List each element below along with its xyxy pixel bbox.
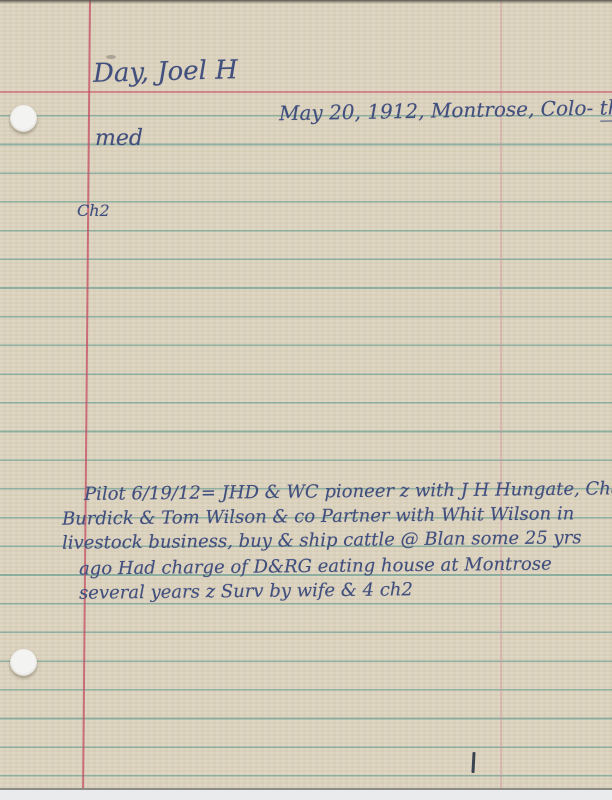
handwritten-note-ch: Ch2 bbox=[77, 201, 110, 220]
scan-edge-top bbox=[0, 0, 612, 4]
handwritten-name: Day, Joel H bbox=[93, 55, 239, 89]
scan-edge-bottom bbox=[0, 788, 612, 800]
hole-punch-bottom bbox=[10, 649, 37, 676]
handwritten-note-med: med bbox=[95, 126, 143, 151]
paragraph-line: several years z Surv by wife & 4 ch2 bbox=[79, 579, 413, 603]
hole-punch-top bbox=[10, 105, 37, 132]
top-margin-rule bbox=[0, 91, 612, 93]
underlined-word: there bbox=[599, 95, 612, 122]
